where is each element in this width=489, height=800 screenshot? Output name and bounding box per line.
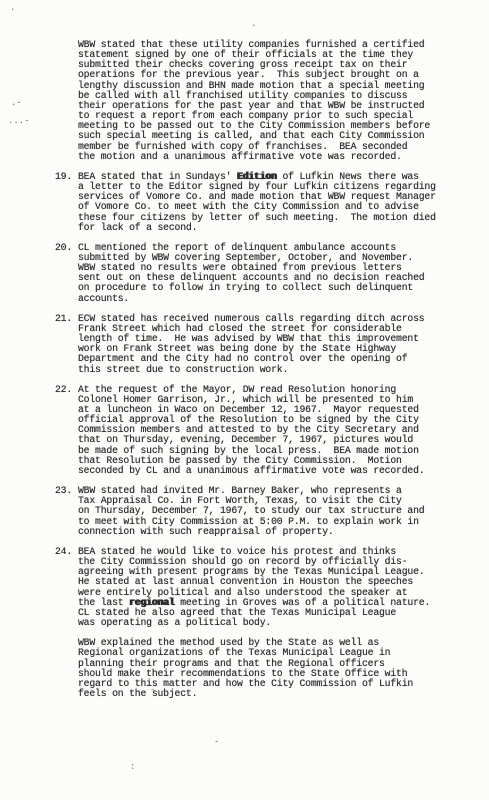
item-text: ECW stated has received numerous calls r… (78, 314, 461, 375)
item-text: BEA stated he would like to voice his pr… (78, 547, 461, 699)
item-number: 24. (55, 547, 78, 699)
overtyped-word: Edition (237, 171, 277, 182)
overtyped-word: regional (129, 597, 174, 608)
item-number: 19. (55, 172, 78, 233)
item-number: 23. (55, 486, 78, 537)
numbered-items-list: 19. BEA stated that in Sundays' Edition … (55, 172, 461, 699)
minutes-item: 19. BEA stated that in Sundays' Edition … (55, 172, 461, 233)
item-text: BEA stated that in Sundays' Edition of L… (78, 172, 461, 233)
minutes-item: 24. BEA stated he would like to voice hi… (55, 547, 461, 699)
scan-artifact: . (251, 20, 256, 29)
item-text: At the request of the Mayor, DW read Res… (78, 385, 461, 476)
scan-artifact: .- (11, 99, 22, 108)
scanned-minutes-page: WBW stated that these utility companies … (0, 0, 489, 800)
document-text-block: WBW stated that these utility companies … (55, 40, 461, 699)
item-number: 21. (55, 314, 78, 375)
item-text: CL mentioned the report of delinquent am… (78, 243, 461, 304)
scan-artifact: . (10, 4, 15, 13)
item-number: 22. (55, 385, 78, 476)
scan-artifact: ...- (8, 117, 30, 126)
item-text: WBW stated had invited Mr. Barney Baker,… (78, 486, 461, 537)
scan-artifact: - (214, 738, 219, 747)
minutes-item: 20. CL mentioned the report of delinquen… (55, 243, 461, 304)
minutes-item: 21. ECW stated has received numerous cal… (55, 314, 461, 375)
scan-artifact: : (130, 763, 135, 772)
minutes-item: 23. WBW stated had invited Mr. Barney Ba… (55, 486, 461, 537)
minutes-item: 22. At the request of the Mayor, DW read… (55, 385, 461, 476)
continuation-paragraph: WBW stated that these utility companies … (78, 40, 461, 162)
item-number: 20. (55, 243, 78, 304)
scan-artifact: - (150, 686, 155, 695)
